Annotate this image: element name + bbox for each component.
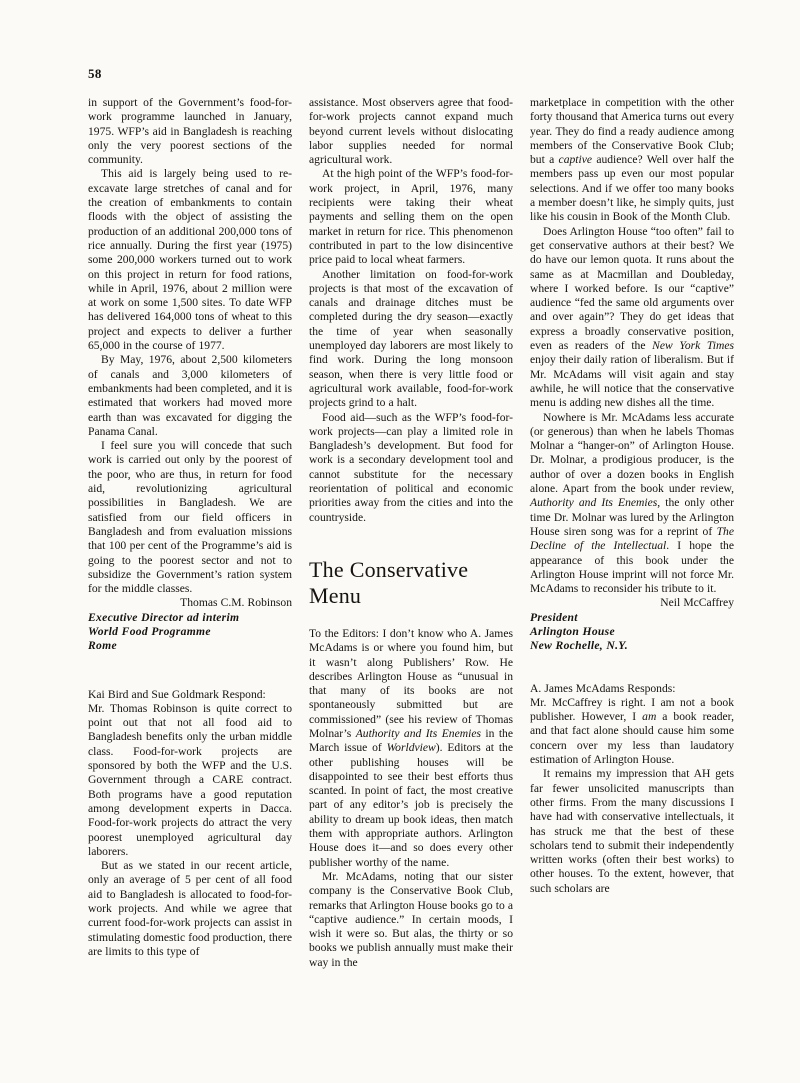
paragraph: At the high point of the WFP’s food-for-… [309,167,513,267]
column-3: marketplace in competition with the othe… [530,96,734,970]
paragraph: But as we stated in our recent article, … [88,859,292,959]
paragraph: This aid is largely being used to re-exc… [88,167,292,353]
signature-role: President [530,611,734,625]
text-columns: in support of the Government’s food-for-… [88,96,734,970]
response-heading: A. James McAdams Responds: [530,682,734,696]
signature-role: New Rochelle, N.Y. [530,639,734,653]
column-1: in support of the Government’s food-for-… [88,96,292,970]
section-heading: The Conservative Menu [309,557,513,609]
paragraph: Mr. McCaffrey is right. I am not a book … [530,696,734,767]
paragraph: in support of the Government’s food-for-… [88,96,292,167]
signature-name: Neil McCaffrey [530,596,734,610]
column-gap [530,654,734,682]
signature-role: Executive Director ad interim [88,611,292,625]
column-2: assistance. Most observers agree that fo… [309,96,513,970]
paragraph: By May, 1976, about 2,500 kilometers of … [88,353,292,439]
paragraph: Nowhere is Mr. McAdams less accurate (or… [530,411,734,597]
paragraph: I feel sure you will concede that such w… [88,439,292,596]
paragraph: To the Editors: I don’t know who A. Jame… [309,627,513,870]
column-gap [88,654,292,688]
page-number: 58 [88,66,102,82]
paragraph: Does Arlington House “too often” fail to… [530,225,734,411]
paragraph: Food aid—such as the WFP’s food-for-work… [309,411,513,525]
paragraph: It remains my impression that AH gets fa… [530,767,734,896]
paragraph: Mr. McAdams, noting that our sister comp… [309,870,513,970]
magazine-page: 58 in support of the Government’s food-f… [0,0,800,1083]
signature-role: World Food Programme [88,625,292,639]
signature-role: Rome [88,639,292,653]
signature-role: Arlington House [530,625,734,639]
paragraph: Another limitation on food-for-work proj… [309,268,513,411]
paragraph: assistance. Most observers agree that fo… [309,96,513,167]
response-heading: Kai Bird and Sue Goldmark Respond: [88,688,292,702]
signature-name: Thomas C.M. Robinson [88,596,292,610]
paragraph: marketplace in competition with the othe… [530,96,734,225]
paragraph: Mr. Thomas Robinson is quite correct to … [88,702,292,859]
